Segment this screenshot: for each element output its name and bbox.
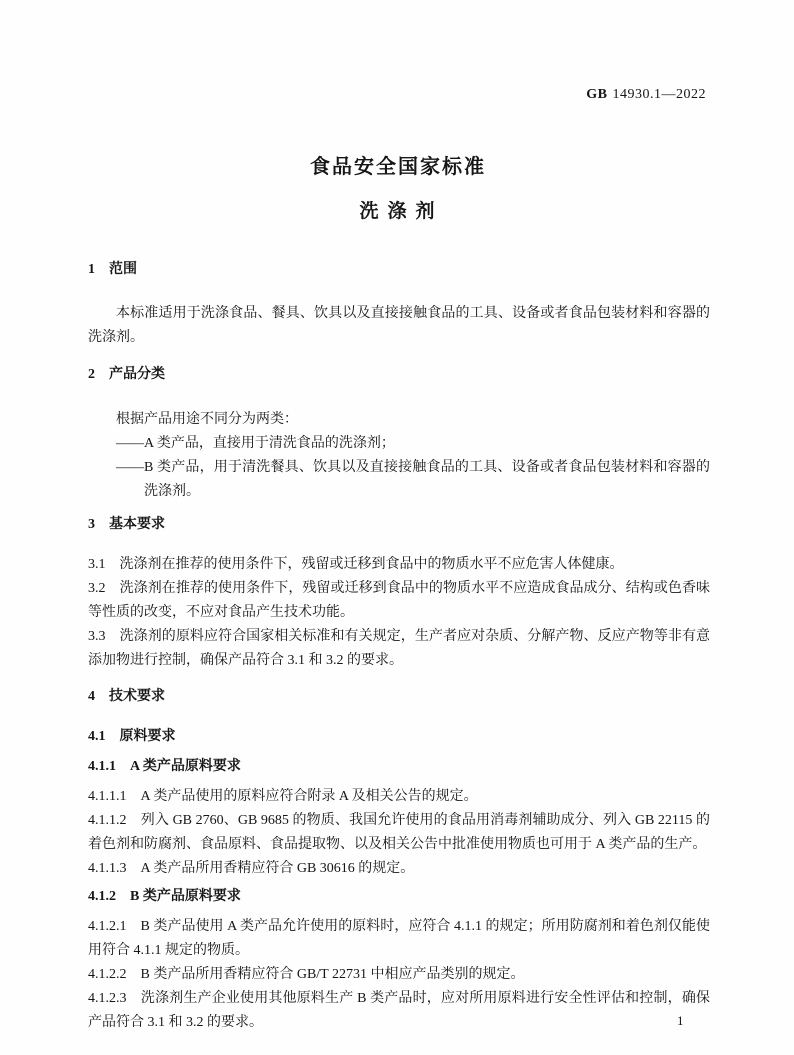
- section-3-heading: 3 基本要求: [88, 515, 710, 535]
- section-4-1-2-heading: 4.1.2 B 类产品原料要求: [88, 887, 710, 907]
- standard-code: GB14930.1—2022: [0, 0, 794, 104]
- document-page: GB14930.1—2022 食品安全国家标准 洗涤剂 1 范围 本标准适用于洗…: [0, 0, 794, 1055]
- page-number: 1: [677, 1013, 684, 1029]
- clause-class-a-item: ——A 类产品，直接用于清洗食品的洗涤剂；: [88, 432, 710, 456]
- section-4-1-1-body: 4.1.1.1 A 类产品使用的原料应符合附录 A 及相关公告的规定。 4.1.…: [88, 785, 710, 881]
- section-2-heading: 2 产品分类: [88, 365, 710, 385]
- section-4-1-1-heading: 4.1.1 A 类产品原料要求: [88, 757, 710, 777]
- document-body: 1 范围 本标准适用于洗涤食品、餐具、饮具以及直接接触食品的工具、设备或者食品包…: [88, 260, 710, 1035]
- clause-4-1-1-1: 4.1.1.1 A 类产品使用的原料应符合附录 A 及相关公告的规定。: [88, 785, 710, 809]
- section-2-body: 根据产品用途不同分为两类： ——A 类产品，直接用于清洗食品的洗涤剂； ——B …: [88, 408, 710, 504]
- clause-4-1-1-3: 4.1.1.3 A 类产品所用香精应符合 GB 30616 的规定。: [88, 857, 710, 881]
- clause-4-1-2-3: 4.1.2.3 洗涤剂生产企业使用其他原料生产 B 类产品时，应对所用原料进行安…: [88, 987, 710, 1035]
- standard-code-number: 14930.1—2022: [613, 87, 707, 102]
- clause-3-2: 3.2 洗涤剂在推荐的使用条件下，残留或迁移到食品中的物质水平不应造成食品成分、…: [88, 577, 710, 625]
- section-4-1-2-body: 4.1.2.1 B 类产品使用 A 类产品允许使用的原料时，应符合 4.1.1 …: [88, 915, 710, 1035]
- document-subtitle: 洗涤剂: [0, 198, 794, 226]
- clause-scope-text: 本标准适用于洗涤食品、餐具、饮具以及直接接触食品的工具、设备或者食品包装材料和容…: [88, 302, 710, 350]
- clause-4-1-2-2: 4.1.2.2 B 类产品所用香精应符合 GB/T 22731 中相应产品类别的…: [88, 963, 710, 987]
- section-4-1-heading: 4.1 原料要求: [88, 727, 710, 747]
- clause-class-b-item: ——B 类产品，用于清洗餐具、饮具以及直接接触食品的工具、设备或者食品包装材料和…: [88, 456, 710, 504]
- section-4-heading: 4 技术要求: [88, 687, 710, 707]
- clause-4-1-2-1: 4.1.2.1 B 类产品使用 A 类产品允许使用的原料时，应符合 4.1.1 …: [88, 915, 710, 963]
- section-1-heading: 1 范围: [88, 260, 710, 280]
- clause-4-1-1-2: 4.1.1.2 列入 GB 2760、GB 9685 的物质、我国允许使用的食品…: [88, 809, 710, 857]
- standard-code-prefix: GB: [586, 87, 607, 102]
- document-title: 食品安全国家标准: [0, 152, 794, 182]
- clause-3-3: 3.3 洗涤剂的原料应符合国家相关标准和有关规定，生产者应对杂质、分解产物、反应…: [88, 625, 710, 673]
- section-3-body: 3.1 洗涤剂在推荐的使用条件下，残留或迁移到食品中的物质水平不应危害人体健康。…: [88, 553, 710, 673]
- clause-3-1: 3.1 洗涤剂在推荐的使用条件下，残留或迁移到食品中的物质水平不应危害人体健康。: [88, 553, 710, 577]
- clause-classification-intro: 根据产品用途不同分为两类：: [88, 408, 710, 432]
